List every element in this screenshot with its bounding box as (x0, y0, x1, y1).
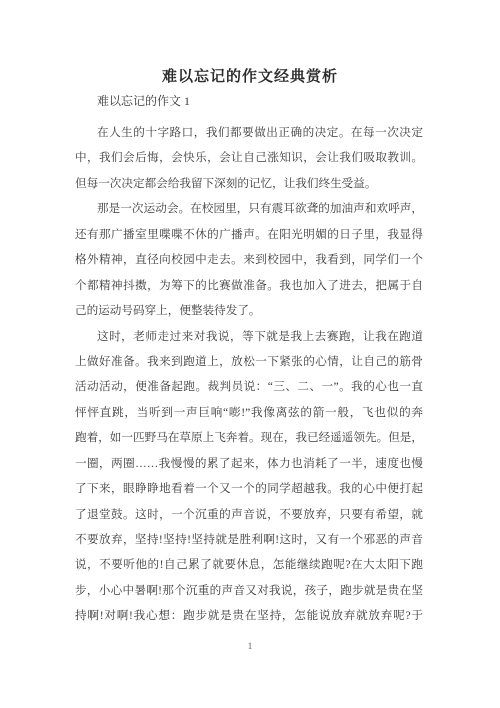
text-line: 格外精神，直径向校园中走去。来到校园中，我看到，同学们一个 (75, 247, 423, 272)
text-line: 但每一次决定都会给我留下深刻的记忆，让我们终生受益。 (75, 171, 423, 196)
section-heading: 难以忘记的作文 1 (97, 92, 190, 109)
text-line: 那是一次运动会。在校园里，只有震耳欲聋的加油声和欢呼声， (75, 196, 423, 221)
page-number: 1 (0, 641, 500, 651)
document-page: 难以忘记的作文经典赏析 难以忘记的作文 1 在人生的十字路口，我们都要做出正确的… (0, 0, 500, 708)
text-line: 跑着，如一匹野马在草原上飞奔着。现在，我已经遥遥领先。但是， (75, 425, 423, 450)
document-body: 在人生的十字路口，我们都要做出正确的决定。在每一次决定 中，我们会后悔，会快乐，… (75, 120, 423, 629)
document-title: 难以忘记的作文经典赏析 (0, 65, 500, 86)
text-line: 怦怦直跳，当听到一声巨响“嘭!”我像离弦的箭一般，飞也似的奔 (75, 400, 423, 425)
text-line: 了下来，眼睁睁地看着一个又一个的同学超越我。我的心中便打起 (75, 476, 423, 501)
text-line: 了退堂鼓。这时，一个沉重的声音说，不要放弃，只要有希望，就 (75, 502, 423, 527)
text-line: 在人生的十字路口，我们都要做出正确的决定。在每一次决定 (75, 120, 423, 145)
text-line: 活动活动，便准备起跑。裁判员说：“三、二、一”。我的心也一直 (75, 374, 423, 399)
text-line: 步，小心中暑啊!那个沉重的声音又对我说，孩子，跑步就是贵在坚 (75, 578, 423, 603)
text-line: 个都精神抖擞，为筹下的比赛做准备。我也加入了进去，把属于自 (75, 273, 423, 298)
text-line: 己的运动号码穿上，便整装待发了。 (75, 298, 423, 323)
text-line: 不要放弃，坚持!坚持!坚持就是胜利啊!这时，又有一个邪恶的声音 (75, 527, 423, 552)
text-line: 上做好准备。我来到跑道上，放松一下紧张的心情，让自己的筋骨 (75, 349, 423, 374)
text-line: 中，我们会后悔，会快乐，会让自己涨知识，会让我们吸取教训。 (75, 145, 423, 170)
text-line: 还有那广播室里喋喋不休的广播声。在阳光明媚的日子里，我显得 (75, 222, 423, 247)
text-line: 这时，老师走过来对我说，等下就是我上去赛跑，让我在跑道 (75, 324, 423, 349)
text-line: 说，不要听他的!自己累了就要休息，怎能继续跑呢?在大太阳下跑 (75, 552, 423, 577)
text-line: 持啊!对啊!我心想：跑步就是贵在坚持，怎能说放弃就放弃呢?于是， (75, 603, 423, 628)
text-line: 一圈，两圈……我慢慢的累了起来，体力也消耗了一半，速度也慢 (75, 451, 423, 476)
